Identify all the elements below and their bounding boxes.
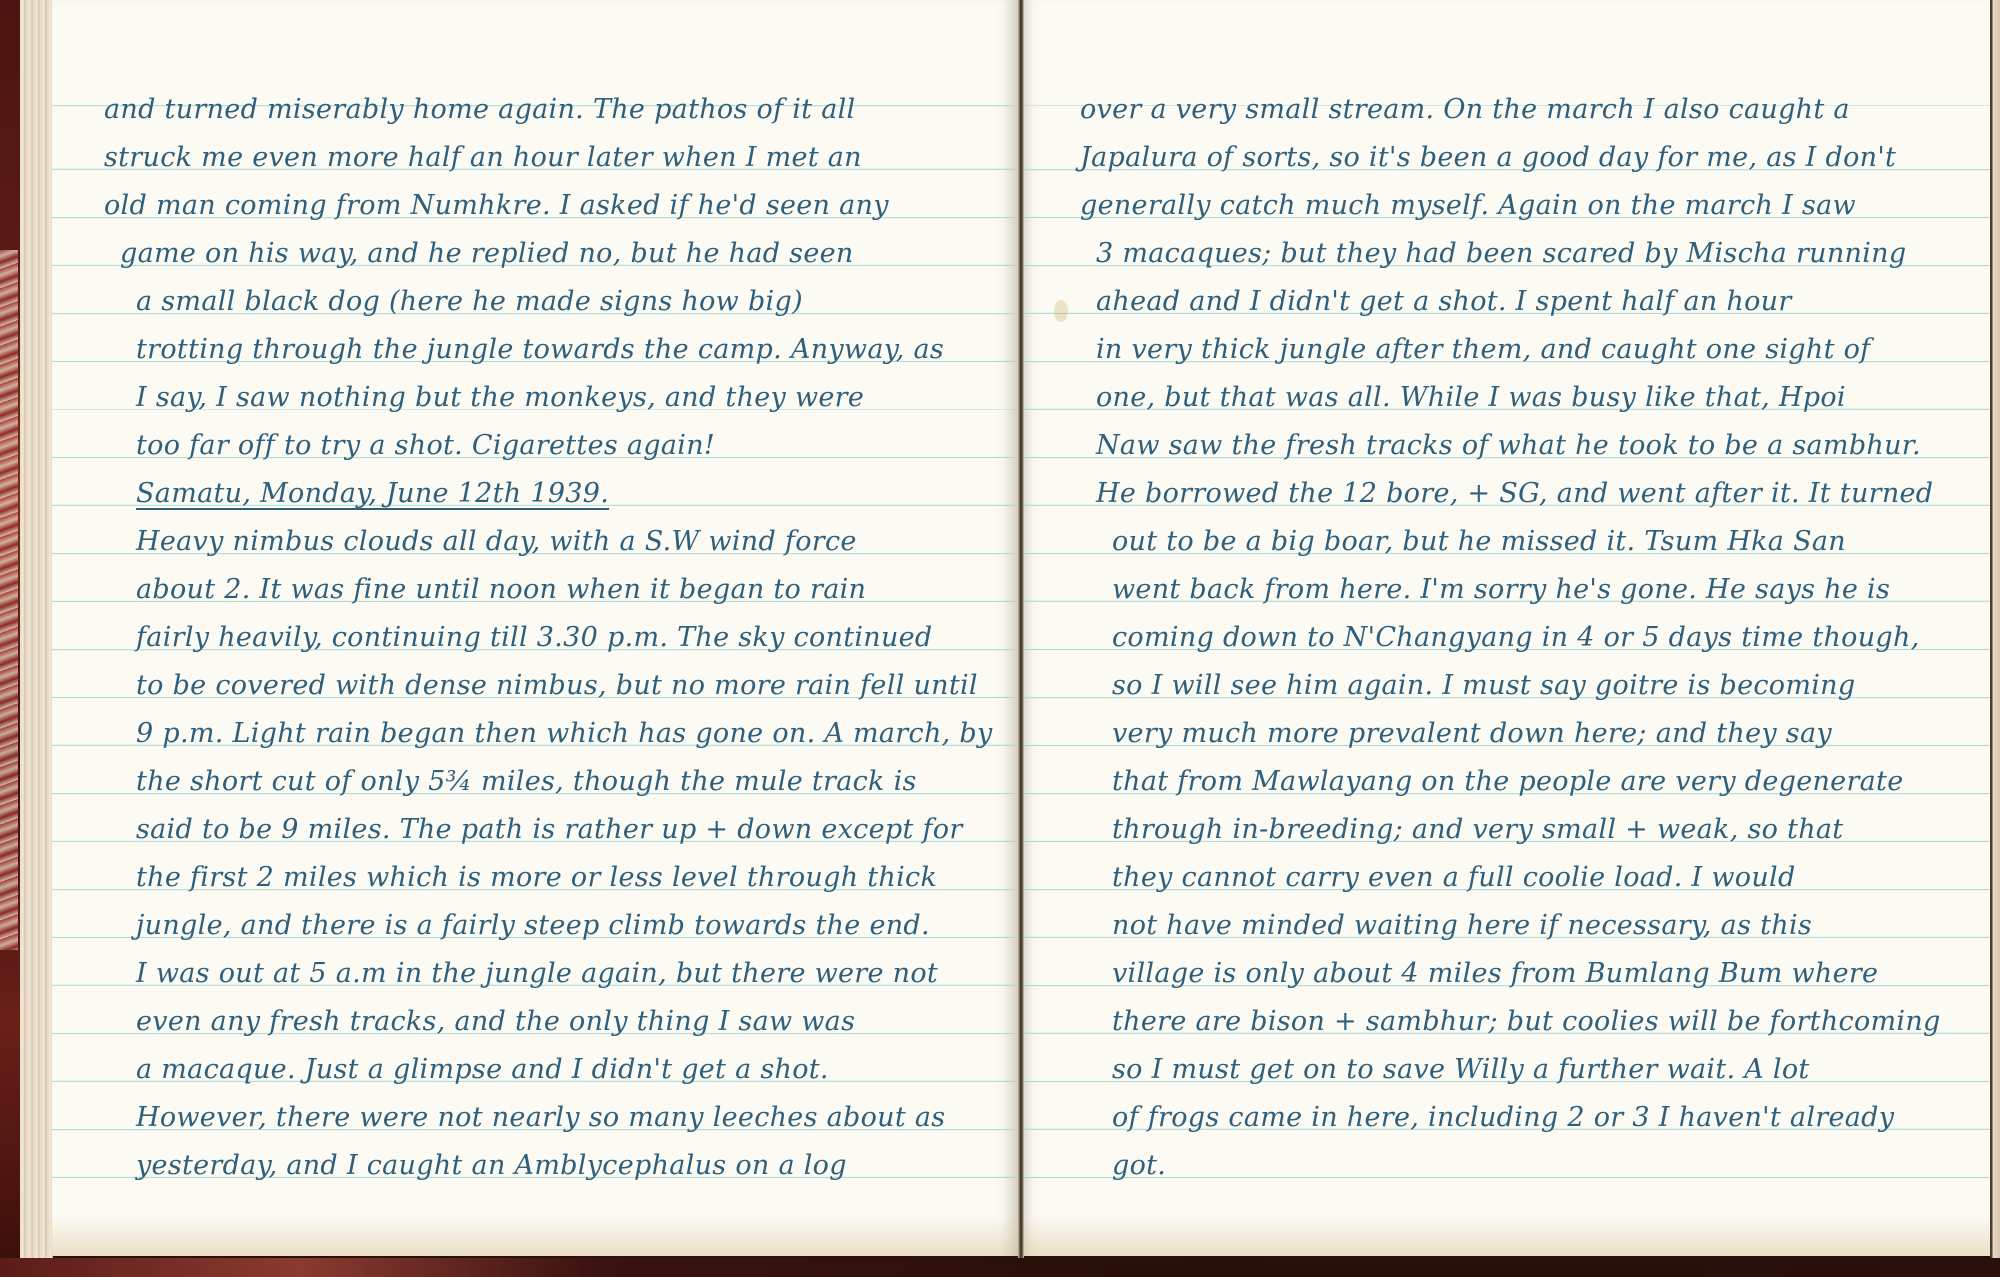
handwritten-line: too far off to try a shot. Cigarettes ag…	[104, 422, 1004, 470]
handwritten-line: ahead and I didn't get a shot. I spent h…	[1080, 278, 1985, 326]
handwritten-line: generally catch much myself. Again on th…	[1080, 182, 1985, 230]
handwritten-line: Japalura of sorts, so it's been a good d…	[1080, 134, 1985, 182]
handwritten-line: through in-breeding; and very small + we…	[1080, 806, 1985, 854]
handwritten-line: trotting through the jungle towards the …	[104, 326, 1004, 374]
handwritten-line: they cannot carry even a full coolie loa…	[1080, 854, 1985, 902]
handwritten-line: that from Mawlayang on the people are ve…	[1080, 758, 1985, 806]
handwritten-line: Heavy nimbus clouds all day, with a S.W …	[104, 518, 1004, 566]
marbled-endpaper	[0, 250, 18, 950]
handwritten-line: Naw saw the fresh tracks of what he took…	[1080, 422, 1985, 470]
handwritten-line: and turned miserably home again. The pat…	[104, 86, 1004, 134]
right-page-edge	[1990, 0, 2000, 1258]
left-page-text: and turned miserably home again. The pat…	[104, 86, 1004, 1190]
handwritten-line: got.	[1080, 1142, 1985, 1190]
handwritten-line: the short cut of only 5¾ miles, though t…	[104, 758, 1004, 806]
handwritten-line: However, there were not nearly so many l…	[104, 1094, 1004, 1142]
handwritten-line: about 2. It was fine until noon when it …	[104, 566, 1004, 614]
entry-date-heading: Samatu, Monday, June 12th 1939.	[104, 470, 1004, 518]
handwritten-line: game on his way, and he replied no, but …	[104, 230, 1004, 278]
handwritten-line: the first 2 miles which is more or less …	[104, 854, 1004, 902]
handwritten-line: He borrowed the 12 bore, + SG, and went …	[1080, 470, 1985, 518]
handwritten-line: so I will see him again. I must say goit…	[1080, 662, 1985, 710]
handwritten-line: to be covered with dense nimbus, but no …	[104, 662, 1004, 710]
handwritten-line: in very thick jungle after them, and cau…	[1080, 326, 1985, 374]
handwritten-line: one, but that was all. While I was busy …	[1080, 374, 1985, 422]
handwritten-line: 9 p.m. Light rain began then which has g…	[104, 710, 1004, 758]
handwritten-line: I was out at 5 a.m in the jungle again, …	[104, 950, 1004, 998]
handwritten-line: jungle, and there is a fairly steep clim…	[104, 902, 1004, 950]
right-page-text: over a very small stream. On the march I…	[1080, 86, 1985, 1190]
handwritten-line: I say, I saw nothing but the monkeys, an…	[104, 374, 1004, 422]
handwritten-line: over a very small stream. On the march I…	[1080, 86, 1985, 134]
handwritten-line: coming down to N'Changyang in 4 or 5 day…	[1080, 614, 1985, 662]
handwritten-line: 3 macaques; but they had been scared by …	[1080, 230, 1985, 278]
handwritten-line: village is only about 4 miles from Bumla…	[1080, 950, 1985, 998]
paper-stain	[1054, 300, 1068, 322]
handwritten-line: struck me even more half an hour later w…	[104, 134, 1004, 182]
handwritten-line: said to be 9 miles. The path is rather u…	[104, 806, 1004, 854]
handwritten-line: out to be a big boar, but he missed it. …	[1080, 518, 1985, 566]
handwritten-line: even any fresh tracks, and the only thin…	[104, 998, 1004, 1046]
page-edges	[20, 0, 53, 1258]
handwritten-line: old man coming from Numhkre. I asked if …	[104, 182, 1004, 230]
handwritten-line: went back from here. I'm sorry he's gone…	[1080, 566, 1985, 614]
handwritten-line: of frogs came in here, including 2 or 3 …	[1080, 1094, 1985, 1142]
handwritten-line: yesterday, and I caught an Amblycephalus…	[104, 1142, 1004, 1190]
book-bottom-edge	[0, 1258, 2000, 1277]
handwritten-line: fairly heavily, continuing till 3.30 p.m…	[104, 614, 1004, 662]
handwritten-line: a small black dog (here he made signs ho…	[104, 278, 1004, 326]
handwritten-line: very much more prevalent down here; and …	[1080, 710, 1985, 758]
handwritten-line: there are bison + sambhur; but coolies w…	[1080, 998, 1985, 1046]
handwritten-line: a macaque. Just a glimpse and I didn't g…	[104, 1046, 1004, 1094]
handwritten-line: not have minded waiting here if necessar…	[1080, 902, 1985, 950]
handwritten-line: so I must get on to save Willy a further…	[1080, 1046, 1985, 1094]
